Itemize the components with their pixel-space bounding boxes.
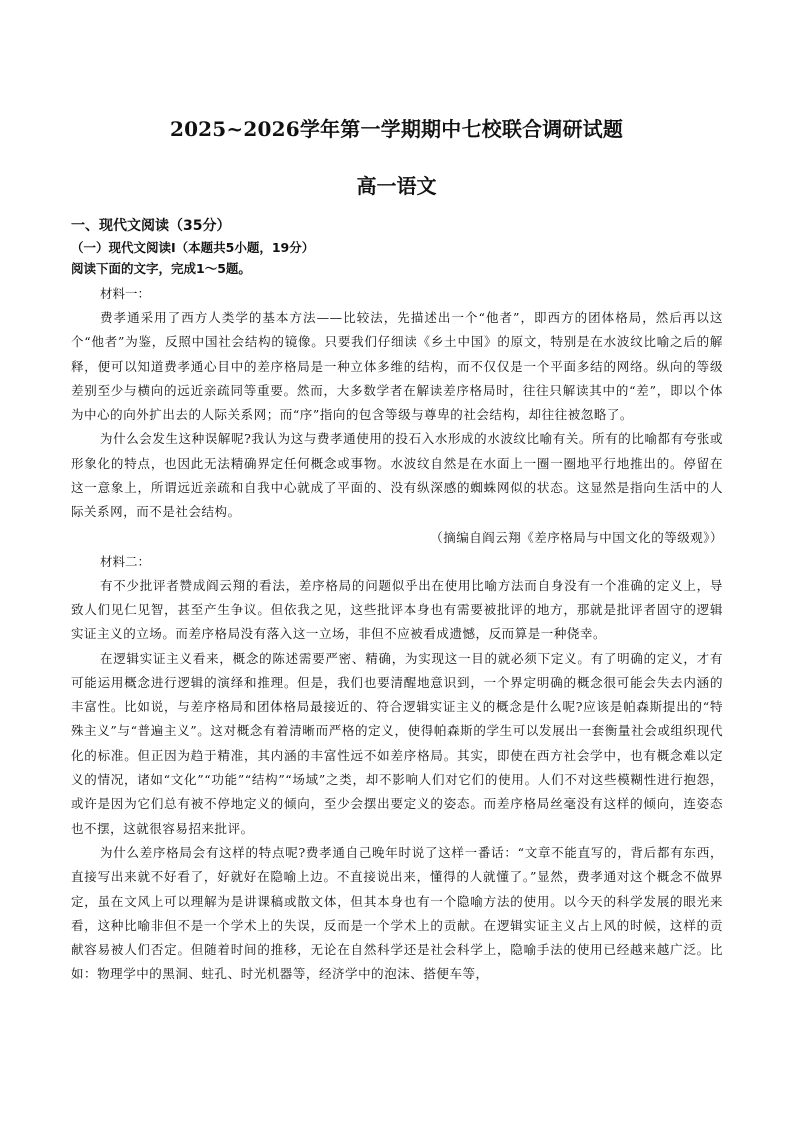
reading-instruction: 阅读下面的文字，完成1～5题。 bbox=[71, 260, 251, 278]
material-two-paragraph-3: 为什么差序格局会有这样的特点呢?费孝通自己晚年时说了这样一番话：“文章不能直写的… bbox=[71, 841, 723, 987]
material-one-paragraph-2: 为什么会发生这种误解呢?我认为这与费孝通使用的投石入水形成的水波纹比喻有关。所有… bbox=[71, 427, 723, 524]
material-one-paragraph-1: 费孝通采用了西方人类学的基本方法——比较法，先描述出一个“他者”，即西方的团体格… bbox=[71, 306, 723, 427]
material-one-source: （摘编自阎云翔《差序格局与中国文化的等级观》） bbox=[71, 525, 723, 550]
material-two-paragraph-2: 在逻辑实证主义看来，概念的陈述需要严密、精确，为实现这一目的就必须下定义。有了明… bbox=[71, 647, 723, 841]
exam-page: 2025~2026学年第一学期期中七校联合调研试题 高一语文 一、现代文阅读（3… bbox=[0, 0, 793, 1122]
material-two-paragraph-1: 有不少批评者赞成阎云翔的看法，差序格局的问题似乎出在使用比喻方法而自身没有一个准… bbox=[71, 574, 723, 647]
reading-passage: 材料一： 费孝通采用了西方人类学的基本方法——比较法，先描述出一个“他者”，即西… bbox=[71, 282, 723, 987]
section-heading: 一、现代文阅读（35分） bbox=[71, 216, 230, 236]
material-two-label: 材料二： bbox=[71, 550, 723, 574]
exam-subject: 高一语文 bbox=[0, 171, 793, 201]
material-one-label: 材料一： bbox=[71, 282, 723, 306]
exam-title: 2025~2026学年第一学期期中七校联合调研试题 bbox=[0, 114, 793, 144]
part-heading: （一）现代文阅读Ⅰ（本题共5小题，19分） bbox=[71, 239, 314, 257]
